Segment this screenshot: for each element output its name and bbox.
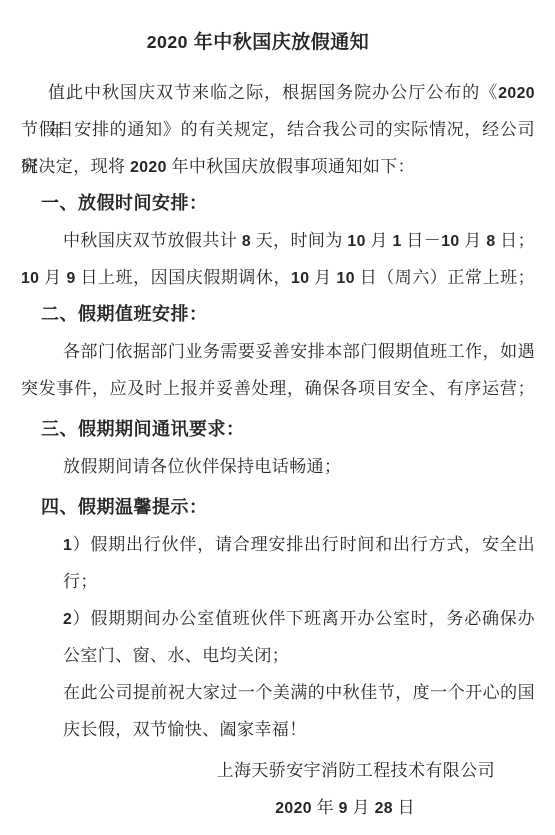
section-heading-4: 四、假期温馨提示： (21, 489, 535, 526)
text-line: 庆长假，双节愉快、阖家幸福！ (63, 711, 535, 748)
section-4-body: 1）假期出行伙伴，请合理安排出行时间和出行方式，安全出 行； 2）假期期间办公室… (21, 526, 535, 748)
text-line: 在此公司提前祝大家过一个美满的中秋佳节，度一个开心的国 (63, 674, 535, 711)
section-heading-1: 一、放假时间安排： (21, 185, 535, 222)
text-line: 值此中秋国庆双节来临之际，根据国务院办公厅公布的《2020 年 (21, 74, 535, 111)
text-line: 放假期间请各位伙伴保持电话畅通； (21, 448, 535, 485)
text-line: 10 月 9 日上班，因国庆假期调休，10 月 10 日（周六）正常上班； (21, 259, 535, 296)
text-line: 突发事件，应及时上报并妥善处理，确保各项目安全、有序运营； (21, 370, 535, 407)
intro-paragraph: 值此中秋国庆双节来临之际，根据国务院办公厅公布的《2020 年 节假日安排的通知… (21, 74, 535, 185)
text-line: 中秋国庆双节放假共计 8 天，时间为 10 月 1 日－10 月 8 日； (21, 222, 535, 259)
text-line: 公室门、窗、水、电均关闭； (63, 637, 535, 674)
section-2-body: 各部门依据部门业务需要妥善安排本部门假期值班工作，如遇 突发事件，应及时上报并妥… (21, 333, 535, 407)
text-line: 究决定，现将 2020 年中秋国庆放假事项通知如下： (21, 148, 535, 185)
document-title: 2020 年中秋国庆放假通知 (21, 26, 535, 59)
text-line: 1）假期出行伙伴，请合理安排出行时间和出行方式，安全出 (63, 526, 535, 563)
signature-date: 2020 年 9 月 28 日 (21, 789, 535, 826)
text-line: 节假日安排的通知》的有关规定，结合我公司的实际情况，经公司研 (21, 111, 535, 148)
section-heading-2: 二、假期值班安排： (21, 296, 535, 333)
section-3-body: 放假期间请各位伙伴保持电话畅通； (21, 448, 535, 485)
text-line: 行； (63, 563, 535, 600)
document-page: 2020 年中秋国庆放假通知 值此中秋国庆双节来临之际，根据国务院办公厅公布的《… (0, 0, 555, 835)
section-heading-3: 三、假期期间通讯要求： (21, 411, 535, 448)
section-1-body: 中秋国庆双节放假共计 8 天，时间为 10 月 1 日－10 月 8 日； 10… (21, 222, 535, 296)
signature-company: 上海天骄安宇消防工程技术有限公司 (21, 752, 535, 789)
text-line: 2）假期期间办公室值班伙伴下班离开办公室时，务必确保办 (63, 600, 535, 637)
text-line: 各部门依据部门业务需要妥善安排本部门假期值班工作，如遇 (21, 333, 535, 370)
signature-block: 上海天骄安宇消防工程技术有限公司 2020 年 9 月 28 日 (21, 752, 535, 826)
